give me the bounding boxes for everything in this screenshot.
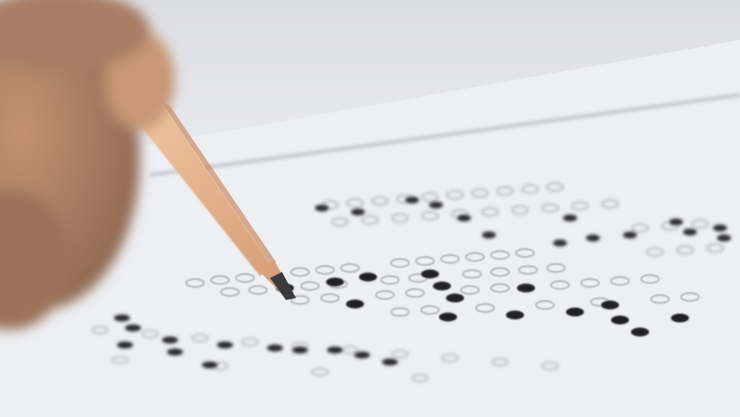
photo-answer-sheet bbox=[0, 0, 740, 417]
photo-illustration bbox=[0, 0, 740, 417]
